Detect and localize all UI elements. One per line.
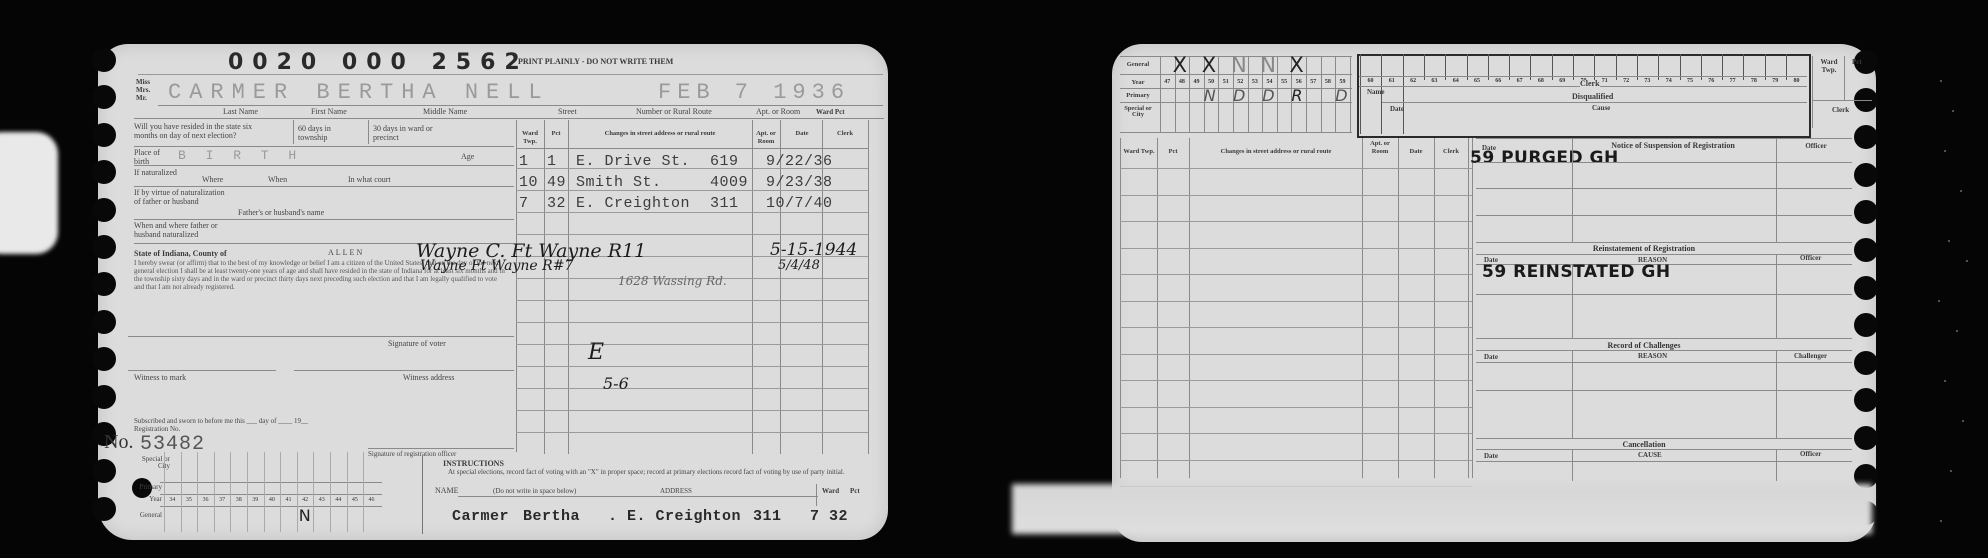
year-box-cell: 68 [1530, 78, 1551, 84]
primary-vote-mark: D [1233, 86, 1245, 105]
year-box-cell: 73 [1637, 78, 1658, 84]
year-box-cell: 76 [1701, 78, 1722, 84]
punch-hole [92, 385, 116, 409]
table-header: Clerk [824, 130, 866, 138]
footer-pct-label: Pct [850, 487, 860, 495]
suspension-officer-label: Officer [1786, 142, 1846, 150]
punch-hole [1854, 276, 1878, 300]
punch-hole [92, 272, 116, 296]
instructions-text: At special elections, record fact of vot… [448, 468, 878, 476]
handwritten-entry: 1628 Wassing Rd. [618, 274, 727, 288]
punch-hole [92, 48, 116, 72]
purged-stamp: 59 PURGED GH [1470, 148, 1619, 168]
print-instruction: PRINT PLAINLY - DO NOT WRITE THEM [518, 58, 673, 66]
primary-vote-mark: D [1335, 86, 1347, 105]
year-cell: 46 [364, 497, 379, 503]
salutation-labels: Miss Mrs. Mr. [136, 78, 150, 102]
name-typed: CARMER BERTHA NELL [168, 80, 550, 105]
serial-number: 0020 000 2562 [228, 50, 529, 75]
punch-hole [1854, 313, 1878, 337]
table-header: Changes in street address or rural route [1192, 148, 1360, 156]
birth-typed: B I R T H [178, 148, 302, 163]
cancellation-officer-label: Officer [1800, 450, 1821, 458]
year-box-cell: 66 [1488, 78, 1509, 84]
year-box-cell: 67 [1509, 78, 1530, 84]
grid-row-label: Primary [1120, 93, 1156, 99]
handwritten-faint: 5-6 [603, 374, 629, 393]
box-clerk-label: Clerk [1580, 80, 1600, 88]
table-header: Apt. or Room [753, 130, 779, 146]
father-label: If by virtue of naturalization of father… [134, 188, 229, 206]
footer-ward-pct: 7 32 [810, 508, 848, 525]
voter-registration-card-back: GeneralYearPrimarySpecial or City4748X49… [1112, 44, 1876, 542]
punch-hole [92, 347, 116, 371]
when-label: When [268, 175, 287, 184]
township-label: 60 days in township [298, 124, 358, 142]
grid-row-label: General [1120, 62, 1156, 68]
year-cell: 41 [281, 497, 296, 503]
challenger-label: Challenger [1794, 352, 1827, 360]
reinstatement-title: Reinstatement of Registration [1476, 244, 1812, 253]
year-box-cell: 80 [1786, 78, 1807, 84]
punch-hole [1854, 163, 1878, 187]
footer-first-name: Bertha [523, 508, 580, 525]
year-cell: 56 [1291, 79, 1306, 85]
year-cell: 34 [165, 497, 180, 503]
row-address: Smith St. [576, 174, 662, 191]
year-box-cell: 72 [1616, 78, 1637, 84]
footer-address: . E. Creighton [608, 508, 741, 525]
county-value: ALLEN [328, 248, 364, 257]
age-label: Age [461, 152, 474, 161]
grid-row-label: Primary [128, 484, 162, 491]
middle-name-label: Middle Name [423, 107, 467, 116]
year-cell: 48 [1175, 79, 1190, 85]
instructions-title: INSTRUCTIONS [443, 460, 504, 468]
punch-hole [1854, 351, 1878, 375]
box-cause-label: Cause [1592, 104, 1610, 112]
row-ward: 10 [519, 174, 538, 191]
year-box-cell: 61 [1381, 78, 1402, 84]
year-box-cell: 69 [1552, 78, 1573, 84]
challenges-title: Record of Challenges [1476, 341, 1812, 350]
year-cell: 36 [198, 497, 213, 503]
registration-number: 53482 [140, 433, 205, 456]
handwritten-entry: Wayne Ft Wayne R#7 [420, 258, 573, 274]
punch-hole [92, 310, 116, 334]
year-cell: 53 [1248, 79, 1263, 85]
handwritten-faint: E [588, 340, 604, 365]
general-vote-mark: X [1289, 53, 1303, 77]
row-pct: 49 [547, 174, 566, 191]
grid-row-label: Year [1120, 80, 1156, 86]
year-box-cell: 74 [1658, 78, 1679, 84]
where-label: Where [202, 175, 223, 184]
table-header: Date [1400, 148, 1432, 156]
year-cell: 55 [1277, 79, 1292, 85]
year-cell: 38 [231, 497, 246, 503]
row-date: 10/7/40 [766, 195, 833, 212]
row-date: 9/22/36 [766, 153, 833, 170]
general-vote-mark: X [1202, 53, 1216, 77]
table-header: Apt. or Room [1364, 140, 1396, 156]
year-box-cell: 60 [1360, 78, 1381, 84]
general-vote-mark: N [1260, 53, 1276, 77]
grid-row-label: Year [128, 496, 162, 503]
punch-hole [1854, 238, 1878, 262]
year-cell: 39 [248, 497, 263, 503]
witness-address-label: Witness address [403, 373, 454, 382]
date-typed: FEB 7 1936 [658, 80, 850, 105]
cancellation-date-label: Date [1484, 452, 1498, 460]
row-number: 4009 [710, 174, 748, 191]
year-cell: 35 [182, 497, 197, 503]
year-cell: 43 [314, 497, 329, 503]
table-header: Clerk [1436, 148, 1466, 156]
film-artifact [0, 132, 58, 254]
handwritten-date: 5-15-1944 [770, 240, 857, 260]
naturalized-label: If naturalized [134, 168, 182, 177]
reinstatement-officer-label: Officer [1800, 254, 1821, 262]
grid-row-label: General [128, 512, 162, 519]
footer-no-write: (Do not write in space below) [493, 487, 576, 496]
punch-hole [92, 198, 116, 222]
punch-hole [92, 235, 116, 259]
cancellation-title: Cancellation [1476, 440, 1812, 449]
year-cell: 54 [1262, 79, 1277, 85]
back-pct-label: Pct [1852, 58, 1862, 66]
residence-question: Will you have resided in the state six m… [134, 122, 262, 140]
table-header: Pct [1159, 148, 1187, 156]
year-box-cell: 64 [1445, 78, 1466, 84]
challenges-date-label: Date [1484, 353, 1498, 361]
year-cell: 52 [1233, 79, 1248, 85]
row-number: 619 [710, 153, 739, 170]
signature-voter-label: Signature of voter [388, 339, 446, 348]
court-label: In what court [348, 175, 391, 184]
year-box-cell: 75 [1680, 78, 1701, 84]
row-ward: 7 [519, 195, 529, 212]
ward-residence-label: 30 days in ward or precinct [373, 124, 443, 142]
punch-hole [92, 160, 116, 184]
year-cell: 47 [1160, 79, 1175, 85]
witness-label: Witness to mark [134, 373, 186, 382]
year-cell: 59 [1335, 79, 1350, 85]
cancellation-cause-label: CAUSE [1638, 451, 1662, 459]
street-label: Street [558, 107, 577, 116]
primary-vote-mark: D [1262, 86, 1274, 105]
year-cell: 49 [1189, 79, 1204, 85]
row-ward: 1 [519, 153, 529, 170]
footer-last-name: Carmer [452, 508, 509, 525]
box-name-label: Name [1367, 88, 1385, 96]
row-number: 311 [710, 195, 739, 212]
year-box-cell: 65 [1467, 78, 1488, 84]
punch-hole [1854, 426, 1878, 450]
year-cell: 58 [1321, 79, 1336, 85]
table-header: Ward Twp. [518, 130, 542, 146]
primary-vote-mark: N [1204, 86, 1216, 105]
year-cell: 37 [215, 497, 230, 503]
year-cell: 44 [331, 497, 346, 503]
punch-hole [1854, 125, 1878, 149]
footer-address-label: ADDRESS [660, 487, 692, 496]
reinstated-stamp: 59 REINSTATED GH [1482, 262, 1671, 282]
row-pct: 1 [547, 153, 557, 170]
year-cell: 40 [265, 497, 280, 503]
ward-pct-label: Ward Pct [816, 108, 845, 116]
table-header: Date [782, 130, 822, 138]
handwritten-date: 5/4/48 [778, 258, 820, 273]
primary-vote-mark: R [1291, 86, 1302, 105]
row-pct: 32 [547, 195, 566, 212]
year-cell: 42 [298, 497, 313, 503]
year-box-cell: 63 [1424, 78, 1445, 84]
state-county-label: State of Indiana, County of [134, 250, 227, 258]
general-vote-mark: X [1173, 53, 1187, 77]
signature-officer-label: Signature of registration officer [368, 450, 456, 459]
apt-label: Apt. or Room [756, 107, 800, 116]
year-cell: 45 [348, 497, 363, 503]
table-header: Pct [546, 130, 566, 138]
number-label: Number or Rural Route [636, 107, 712, 116]
back-ward-twp-label: Ward Twp. [1814, 58, 1844, 74]
punch-hole [1854, 388, 1878, 412]
footer-number: 311 [753, 508, 782, 525]
birth-label: Place of birth [134, 148, 174, 166]
box-date-label: Date [1390, 105, 1404, 113]
year-box-cell: 79 [1765, 78, 1786, 84]
punch-hole [92, 123, 116, 147]
row-address: E. Creighton [576, 195, 690, 212]
punch-hole [92, 85, 116, 109]
punch-hole [92, 459, 116, 483]
punch-hole [92, 497, 116, 521]
table-header: Changes in street address or rural route [570, 130, 750, 138]
vote-mark: N [299, 506, 311, 525]
year-cell: 51 [1218, 79, 1233, 85]
year-box-cell: 77 [1722, 78, 1743, 84]
year-cell: 50 [1204, 79, 1219, 85]
footer-ward-label: Ward [822, 487, 839, 495]
grid-row-label: Special or City [1120, 106, 1156, 118]
year-cell: 57 [1306, 79, 1321, 85]
table-header: Ward Twp. [1122, 148, 1156, 156]
punch-hole [1854, 200, 1878, 224]
year-box-cell: 62 [1403, 78, 1424, 84]
last-name-label: Last Name [223, 107, 258, 116]
year-box-cell: 78 [1743, 78, 1764, 84]
row-date: 9/23/38 [766, 174, 833, 191]
back-clerk-label: Clerk [1832, 106, 1849, 114]
box-disqualified-label: Disqualified [1572, 93, 1613, 101]
footer-name-label: NAME [435, 486, 459, 495]
reg-no-prefix: No. [104, 431, 133, 454]
first-name-label: First Name [311, 107, 347, 116]
row-address: E. Drive St. [576, 153, 690, 170]
general-vote-mark: N [1231, 53, 1247, 77]
father-when-label: When and where father or husband natural… [134, 221, 244, 239]
father-name-label: Father's or husband's name [238, 208, 324, 217]
voter-registration-card-front: 0020 000 2562 PRINT PLAINLY - DO NOT WRI… [98, 44, 888, 540]
challenges-reason-label: REASON [1638, 352, 1667, 360]
